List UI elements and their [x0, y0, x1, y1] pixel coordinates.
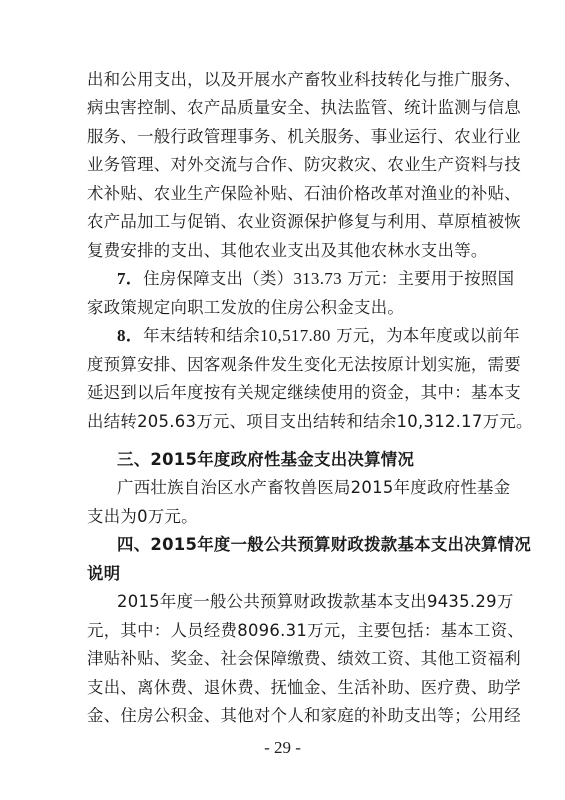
document-page: 出和公用支出，以及开展水产畜牧业科技转化与推广服务、 病虫害控制、农产品质量安全…: [0, 0, 565, 800]
text-line: 出结转205.63万元、项目支出结转和结余10,312.17万元。: [87, 412, 482, 432]
text-line: 津贴补贴、奖金、社会保障缴费、绩效工资、其他工资福利: [87, 649, 482, 669]
text-line: 复费安排的支出、其他农业支出及其他农林水支出等。: [87, 241, 482, 261]
text-line: 农产品加工与促销、农业资源保护修复与利用、草原植被恢: [87, 212, 482, 232]
text-line: 出和公用支出，以及开展水产畜牧业科技转化与推广服务、: [87, 70, 482, 90]
text-line: 术补贴、农业生产保险补贴、石油价格改革对渔业的补贴、: [87, 184, 482, 204]
section-4-heading-cont: 说明: [87, 564, 482, 584]
item-7-number: 7．: [117, 269, 143, 288]
text-line: 支出、离休费、退休费、抚恤金、生活补助、医疗费、助学: [87, 678, 482, 698]
item-8-line: 8．年末结转和结余10,517.80 万元，为本年度或以前年: [117, 326, 482, 346]
text-line: 病虫害控制、农产品质量安全、执法监管、统计监测与信息: [87, 98, 482, 118]
item-8-amount: 10,517.80: [260, 326, 331, 345]
text-line: 业务管理、对外交流与合作、防灾救灾、农业生产资料与技: [87, 155, 482, 175]
text-line: 元，其中：人员经费8096.31万元，主要包括：基本工资、: [87, 621, 482, 641]
text-line: 度预算安排、因客观条件发生变化无法按原计划实施，需要: [87, 355, 482, 375]
text-line: 广西壮族自治区水产畜牧兽医局2015年度政府性基金: [117, 478, 482, 498]
section-3-heading: 三、2015年度政府性基金支出决算情况: [117, 450, 482, 470]
item-8-number: 8．: [117, 326, 143, 345]
text-line: 家政策规定向职工发放的住房公积金支出。: [87, 298, 482, 318]
item-7-line: 7．住房保障支出（类）313.73 万元：主要用于按照国: [117, 269, 482, 289]
item-8-rest: 万元，为本年度或以前年: [331, 326, 520, 345]
section-4-heading: 四、2015年度一般公共预算财政拨款基本支出决算情况: [117, 535, 482, 555]
text-line: 支出为0万元。: [87, 507, 482, 527]
text-line: 金、住房公积金、其他对个人和家庭的补助支出等；公用经: [87, 706, 482, 726]
text-line: 延迟到以后年度按有关规定继续使用的资金，其中：基本支: [87, 383, 482, 403]
item-7-rest: 万元：主要用于按照国: [342, 269, 514, 288]
item-7-title: 住房保障支出（类）: [143, 269, 293, 288]
item-7-amount: 313.73: [293, 269, 342, 288]
page-number: - 29 -: [0, 738, 565, 758]
text-line: 2015年度一般公共预算财政拨款基本支出9435.29万: [117, 592, 482, 612]
text-line: 服务、一般行政管理事务、机关服务、事业运行、农业行业: [87, 127, 482, 147]
item-8-title: 年末结转和结余: [143, 326, 260, 345]
